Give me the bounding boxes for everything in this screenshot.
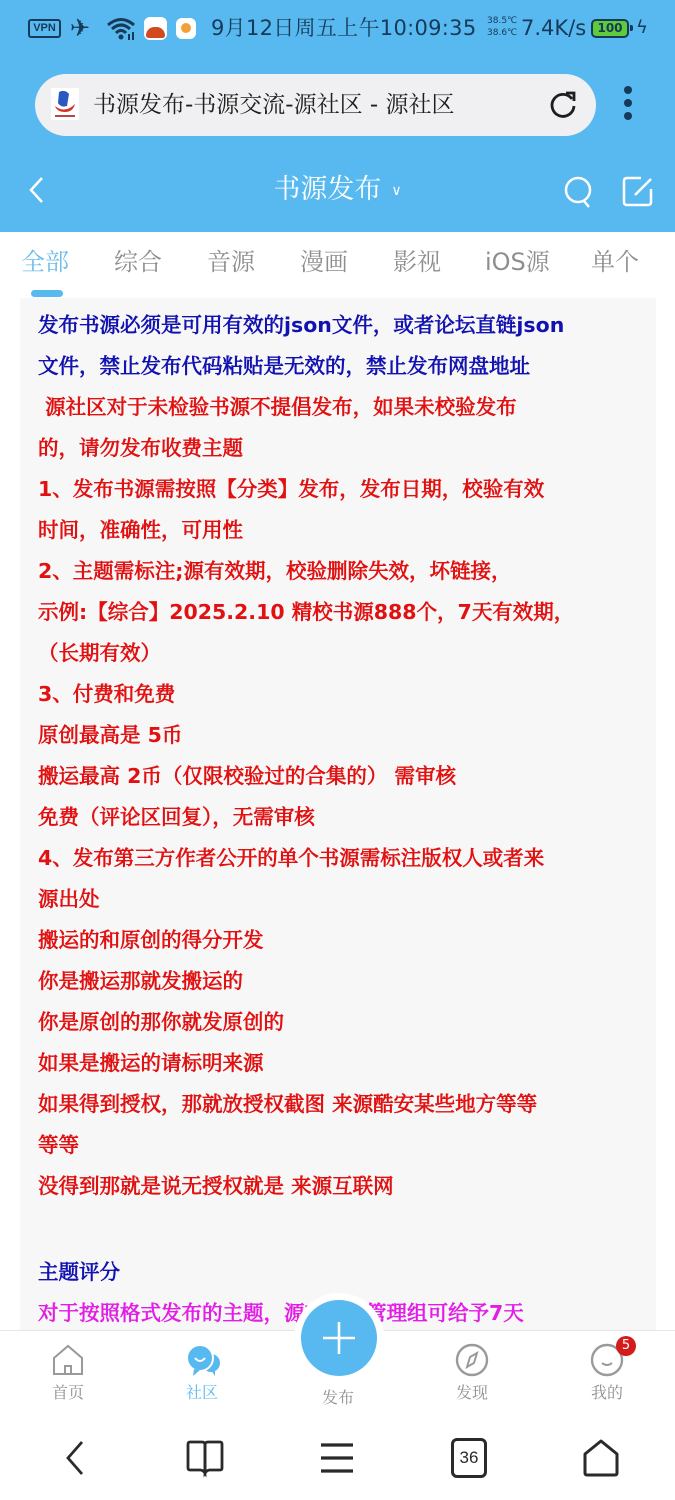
chevron-down-icon: ∨ (391, 173, 401, 209)
content-line: 2、主题需标注;源有效期，校验删除失效，坏链接， (38, 551, 648, 592)
plus-icon (301, 1300, 377, 1376)
tab-video[interactable]: 影视 (393, 246, 441, 278)
bottom-nav-discover[interactable]: 发现 (422, 1331, 522, 1413)
top-header-area: VPN ✈ 9月12日周五上午10:09:35 38.5℃ 38.6℃ 7.4K… (0, 0, 675, 232)
content-line: 搬运最高 2币（仅限校验过的合集的） 需审核 (38, 756, 648, 797)
content-line: 源出处 (38, 879, 648, 920)
content-line: 4、发布第三方作者公开的单个书源需标注版权人或者来 (38, 838, 648, 879)
vpn-icon: VPN (28, 19, 61, 38)
bottom-nav-label: 发现 (422, 1381, 522, 1405)
content-line: 文件，禁止发布代码粘贴是无效的，禁止发布网盘地址 (38, 346, 648, 387)
content-line: 如果得到授权，那就放授权截图 来源酷安某些地方等等 (38, 1084, 648, 1125)
tab-audio-source[interactable]: 音源 (207, 246, 255, 278)
battery-icon: 100 (591, 19, 629, 38)
airplane-icon: ✈ (70, 14, 90, 42)
community-chat-icon (185, 1343, 223, 1377)
app-notification-icon (144, 17, 167, 40)
content-line: 免费（评论区回复），无需审核 (38, 797, 648, 838)
more-vertical-icon[interactable] (620, 86, 636, 124)
content-line: 你是搬运那就发搬运的 (38, 961, 648, 1002)
content-line: 原创最高是 5币 (38, 715, 648, 756)
reload-icon[interactable] (547, 88, 579, 120)
category-tabs: 全部 综合 音源 漫画 影视 iOS源 单个 (0, 232, 675, 298)
content-line: 你是原创的那你就发原创的 (38, 1002, 648, 1043)
tab-ios-source[interactable]: iOS源 (485, 246, 550, 278)
tab-single[interactable]: 单个 (591, 246, 639, 278)
content-line: 1、发布书源需按照【分类】发布，发布日期，校验有效 (38, 469, 648, 510)
content-line: 搬运的和原创的得分开发 (38, 920, 648, 961)
app-notification-icon (176, 18, 196, 39)
bottom-nav-label: 我的 (557, 1381, 657, 1405)
bottom-nav-profile[interactable]: 我的 (557, 1331, 657, 1413)
tab-comics[interactable]: 漫画 (300, 246, 348, 278)
content-line: 没得到那就是说无授权就是 来源互联网 (38, 1166, 648, 1207)
status-datetime: 9月12日周五上午10:09:35 (211, 14, 477, 42)
content-line: 示例:【综合】2025.2.10 精校书源888个，7天有效期， (38, 592, 648, 633)
bottom-nav-label: 首页 (18, 1381, 118, 1405)
forum-title: 书源发布 (273, 174, 381, 205)
content-line: （长期有效） (38, 633, 648, 674)
tab-general[interactable]: 综合 (114, 246, 162, 278)
home-icon[interactable] (582, 1438, 620, 1478)
home-icon (51, 1343, 85, 1377)
publish-label: 发布 (288, 1386, 388, 1410)
site-favicon-icon (51, 88, 79, 120)
bottom-nav-label: 社区 (152, 1381, 252, 1405)
browser-bottom-toolbar: 36 (0, 1412, 675, 1500)
search-icon[interactable] (562, 174, 596, 210)
network-speed: 7.4K/s (521, 14, 586, 42)
content-line: 3、付费和免费 (38, 674, 648, 715)
temp-bottom: 38.6℃ (487, 27, 517, 39)
section-heading: 主题评分 (38, 1252, 648, 1293)
status-bar: VPN ✈ 9月12日周五上午10:09:35 38.5℃ 38.6℃ 7.4K… (0, 0, 675, 56)
back-icon[interactable] (62, 1438, 86, 1478)
compass-icon (455, 1343, 489, 1377)
battery-nub (630, 25, 633, 31)
temp-top: 38.5℃ (487, 15, 517, 27)
compose-icon[interactable] (621, 174, 655, 208)
bottom-nav-community[interactable]: 社区 (152, 1331, 252, 1413)
charging-icon: ϟ (636, 14, 648, 42)
tab-all[interactable]: 全部 (21, 246, 69, 278)
bookmarks-icon[interactable] (185, 1438, 225, 1478)
page-title: 书源发布-书源交流-源社区 - 源社区 (93, 90, 455, 120)
notification-badge: 5 (616, 1336, 636, 1356)
content-line: 的，请勿发布收费主题 (38, 428, 648, 469)
forum-nav-bar: 书源发布∨ (0, 150, 675, 232)
content-line: 源社区对于未检验书源不提倡发布，如果未校验发布 (38, 387, 648, 428)
menu-icon[interactable] (318, 1438, 356, 1478)
active-tab-indicator (31, 290, 63, 297)
wifi-icon (106, 14, 136, 42)
content-line: 发布书源必须是可用有效的json文件，或者论坛直链json (38, 305, 648, 346)
tabs-icon[interactable]: 36 (451, 1438, 487, 1478)
content-line: 时间，准确性，可用性 (38, 510, 648, 551)
announcement-content: 发布书源必须是可用有效的json文件，或者论坛直链json 文件，禁止发布代码粘… (20, 298, 656, 1330)
browser-address-bar[interactable]: 书源发布-书源交流-源社区 - 源社区 (35, 74, 596, 136)
bottom-nav-home[interactable]: 首页 (18, 1331, 118, 1413)
publish-button[interactable] (301, 1300, 377, 1376)
content-line: 等等 (38, 1125, 648, 1166)
content-line: 如果是搬运的请标明来源 (38, 1043, 648, 1084)
status-temperatures: 38.5℃ 38.6℃ (487, 15, 517, 39)
